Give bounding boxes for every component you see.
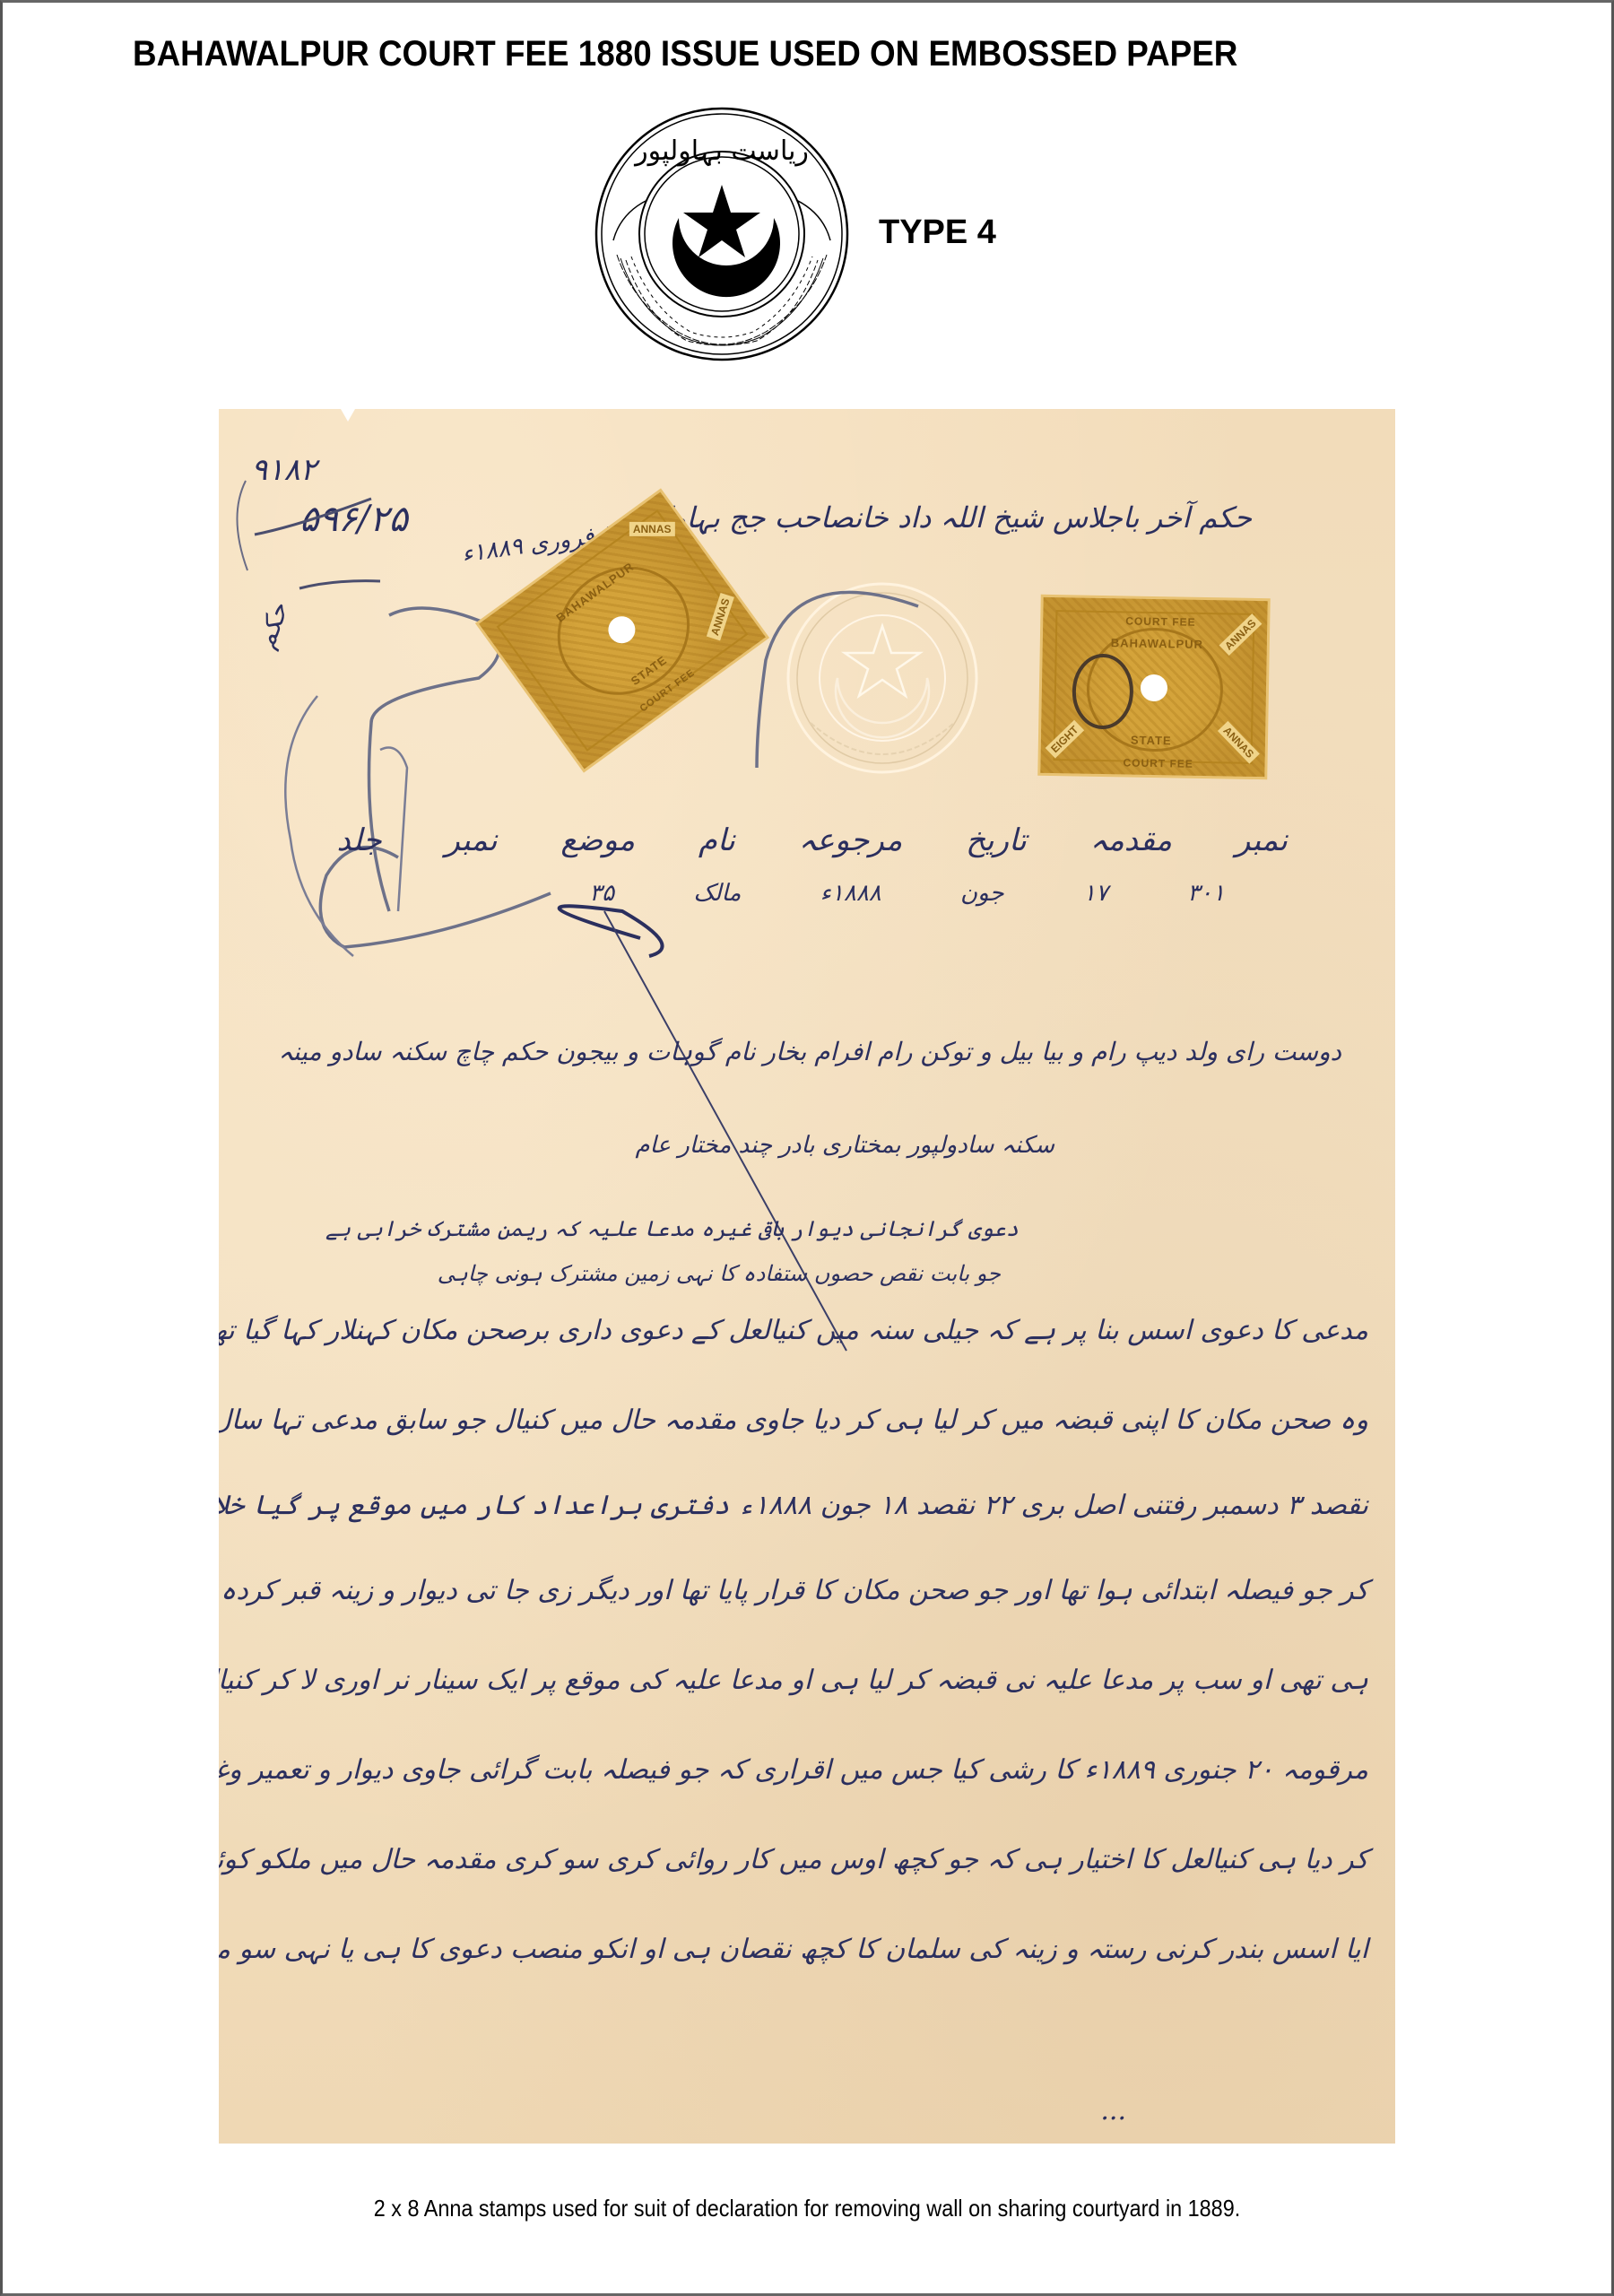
body-line-cut-off: ...: [1100, 2095, 1126, 2126]
body-line: جو بابت نقص حصوں ستفادہ کا نہی زمین مشتر…: [438, 1261, 1001, 1286]
value-case-number: ۳۰۱: [1187, 880, 1225, 907]
court-fee-stamp-right: COURT FEE BAHAWALPUR STATE COURT FEE ANN…: [1040, 597, 1267, 777]
emblem-seal: ریاست بہاولپور: [594, 106, 850, 362]
emblem-legend: ریاست بہاولپور: [633, 135, 809, 167]
body-line: ایا اسس بندر کرنی رستہ و زینہ کی سلمان ک…: [219, 1934, 1368, 1965]
cancel-loop-icon: [1064, 649, 1147, 741]
page-title: BAHAWALPUR COURT FEE 1880 ISSUE USED ON …: [11, 34, 1496, 74]
body-line: مدعی کا دعوی اسس بنا پر ہے کہ جیلی سنہ م…: [219, 1315, 1368, 1346]
body-line: سکنہ سادولپور بمختاری بادر چند مختار عام: [635, 1132, 1054, 1159]
body-line: دعوی گرانجانی دیوار باقی غیرہ مدعا علیہ …: [325, 1216, 1019, 1241]
stamp-annas-label: ANNAS: [629, 522, 675, 536]
body-line: کر جو فیصلہ ابتدائی ہوا تھا اور جو صحن م…: [219, 1575, 1368, 1606]
value-referral-date: ۱۷ جون ۱۸۸۸ء: [820, 880, 1108, 907]
crescent-star-emblem-icon: ریاست بہاولپور: [594, 106, 850, 362]
type-label: TYPE 4: [879, 213, 996, 252]
body-line: نقصد ۳ دسمبر رفتنی اصل بری ۲۲ نقصد ۱۸ جو…: [219, 1490, 1368, 1521]
stamp-country: BAHAWALPUR: [1111, 636, 1203, 651]
caption: 2 x 8 Anna stamps used for suit of decla…: [81, 2195, 1533, 2222]
case-table-values: ۳۰۱ ۱۷ جون ۱۸۸۸ء مالک ۳۵: [589, 880, 1225, 907]
body-line: ہی تھی او سب پر مدعا علیہ نی قبضہ کر لیا…: [219, 1665, 1368, 1696]
case-table-headers: نمبر مقدمہ تاریخ مرجوعہ نام موضع نمبر جل…: [336, 822, 1288, 858]
header-referral-date: تاریخ مرجوعہ: [799, 822, 1027, 858]
header-volume-number: نمبر جلد: [336, 822, 497, 858]
body-line: مرقومہ ۲۰ جنوری ۱۸۸۹ء کا رشی کیا جس میں …: [219, 1754, 1368, 1786]
header-village-name: نام موضع: [560, 822, 734, 858]
value-village-name: مالک: [693, 880, 741, 907]
body-line: وہ صحن مکان کا اپنی قبضہ میں کر لیا ہی ک…: [219, 1405, 1368, 1436]
body-line: دوست رای ولد دیپ رام و بیا بیل و توکن را…: [278, 1037, 1341, 1066]
document-paper: ۹۱۸۲ ۵۹۶/۲۵ حکم آخر باجلاس شیخ اللہ داد …: [219, 409, 1395, 2144]
value-volume-number: ۳۵: [589, 880, 614, 907]
header-case-number: نمبر مقدمہ: [1090, 822, 1288, 858]
body-line: کر دیا ہی کنیالعل کا اختیار ہی کہ جو کچھ…: [219, 1844, 1368, 1875]
stamp-court-fee-top: COURT FEE: [1125, 614, 1196, 628]
stamp-court-fee-bottom: COURT FEE: [1123, 756, 1193, 770]
